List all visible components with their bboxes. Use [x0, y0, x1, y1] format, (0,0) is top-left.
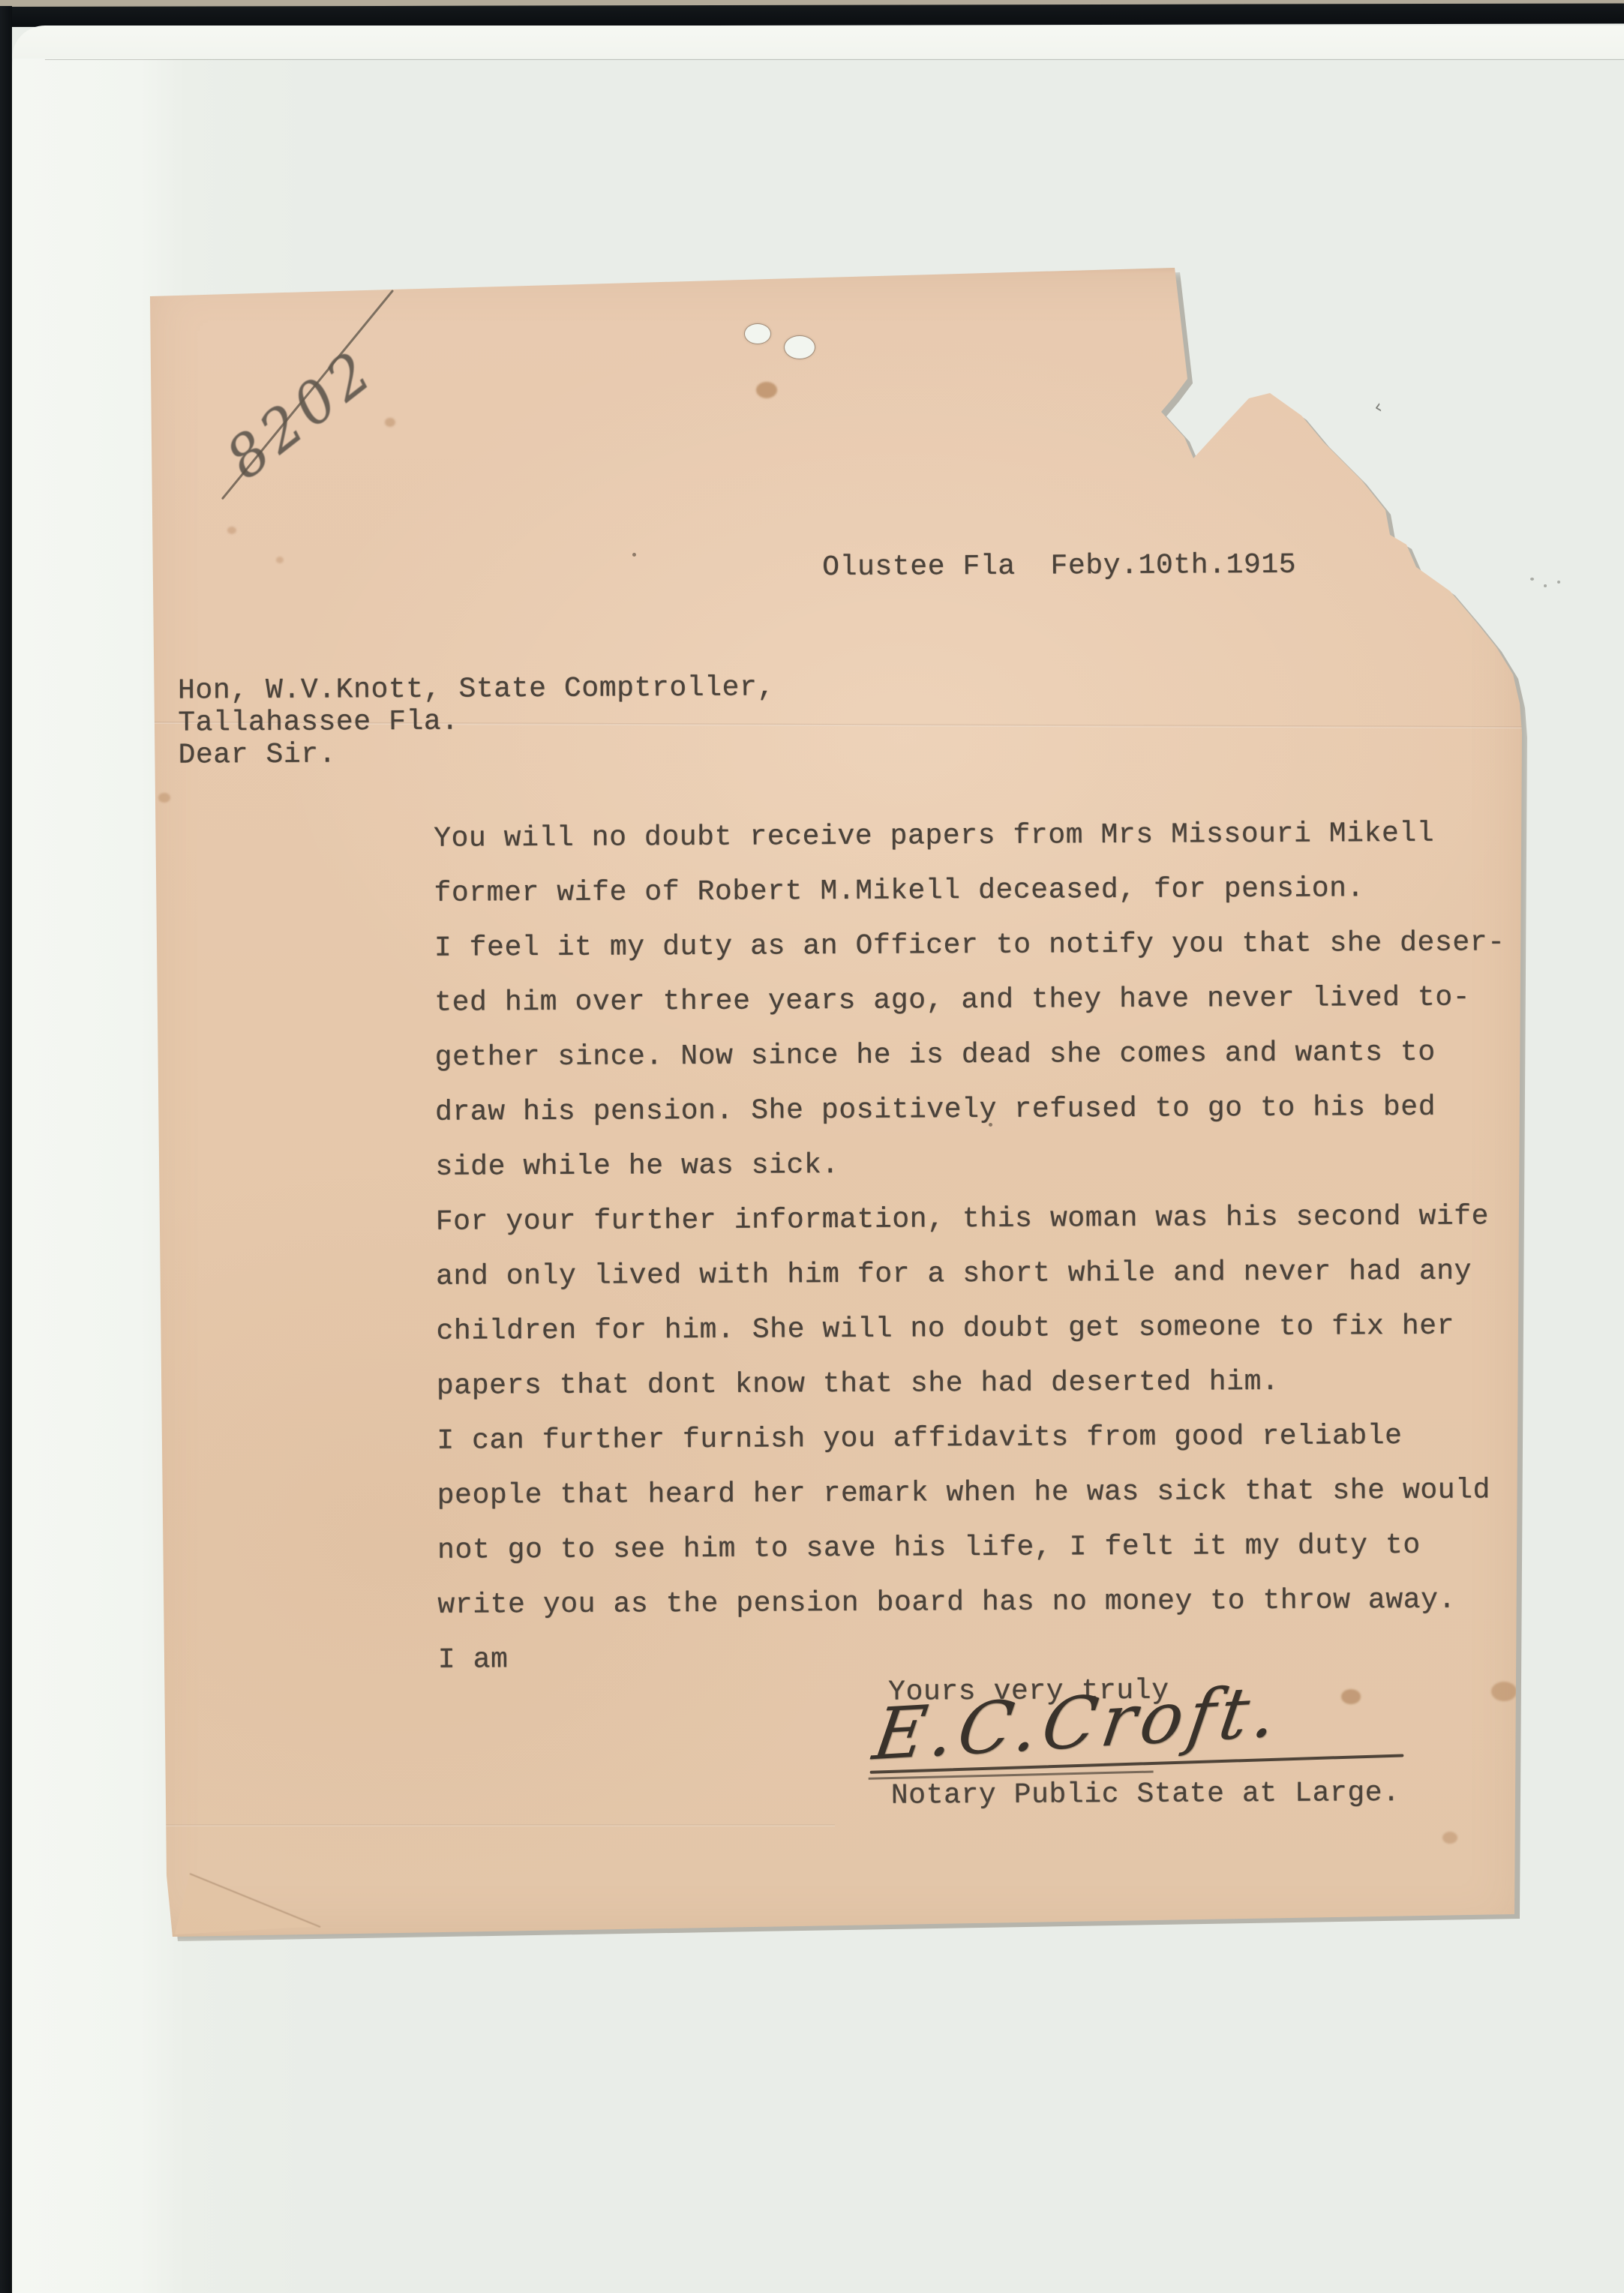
typed-line: papers that dont know that she had deser…	[437, 1353, 1508, 1413]
recipient-name-line: Hon, W.V.Knott, State Comptroller,	[178, 671, 775, 707]
scanned-letter-page: ‹ 8202 Olustee Fla Feby.10th.1915 Hon, W…	[0, 0, 1624, 2293]
typed-line: ted him over three years ago, and they h…	[434, 970, 1505, 1030]
typed-line: and only lived with him for a short whil…	[436, 1244, 1507, 1304]
typed-line: side while he was sick.	[435, 1134, 1506, 1194]
dateline: Olustee Fla Feby.10th.1915	[822, 549, 1296, 584]
backing-sheet-edge	[12, 26, 1624, 59]
dust-speck	[1557, 581, 1560, 584]
typed-line: write you as the pension board has no mo…	[437, 1572, 1508, 1632]
signature-title: Notary Public State at Large.	[891, 1777, 1400, 1812]
typed-line: You will no doubt receive papers from Mr…	[434, 806, 1505, 866]
typed-line: For your further information, this woman…	[436, 1189, 1507, 1249]
letter-body: You will no doubt receive papers from Mr…	[434, 806, 1509, 1687]
dust-speck	[1544, 584, 1547, 587]
scanner-shadow-left	[0, 6, 12, 2293]
recipient-city-line: Tallahassee Fla.	[178, 706, 459, 740]
typed-line: draw his pension. She positively refused…	[435, 1079, 1506, 1139]
typed-line: not go to see him to save his life, I fe…	[437, 1517, 1508, 1577]
typed-line: people that heard her remark when he was…	[437, 1463, 1508, 1523]
scanner-shadow-top	[6, 3, 1624, 27]
letter-paper: 8202 Olustee Fla Feby.10th.1915 Hon, W.V…	[145, 268, 1525, 1939]
typed-line: I feel it my duty as an Officer to notif…	[434, 915, 1505, 975]
backing-sheet-crease	[45, 59, 1624, 60]
typed-line: I can further furnish you affidavits fro…	[437, 1408, 1508, 1468]
typed-line: children for him. She will no doubt get …	[436, 1298, 1507, 1358]
typed-line: gether since. Now since he is dead she c…	[434, 1025, 1505, 1085]
typed-content: Olustee Fla Feby.10th.1915 Hon, W.V.Knot…	[140, 264, 1529, 1943]
salutation: Dear Sir.	[178, 738, 336, 771]
typed-line: former wife of Robert M.Mikell deceased,…	[434, 860, 1505, 920]
dust-speck	[1530, 578, 1534, 581]
